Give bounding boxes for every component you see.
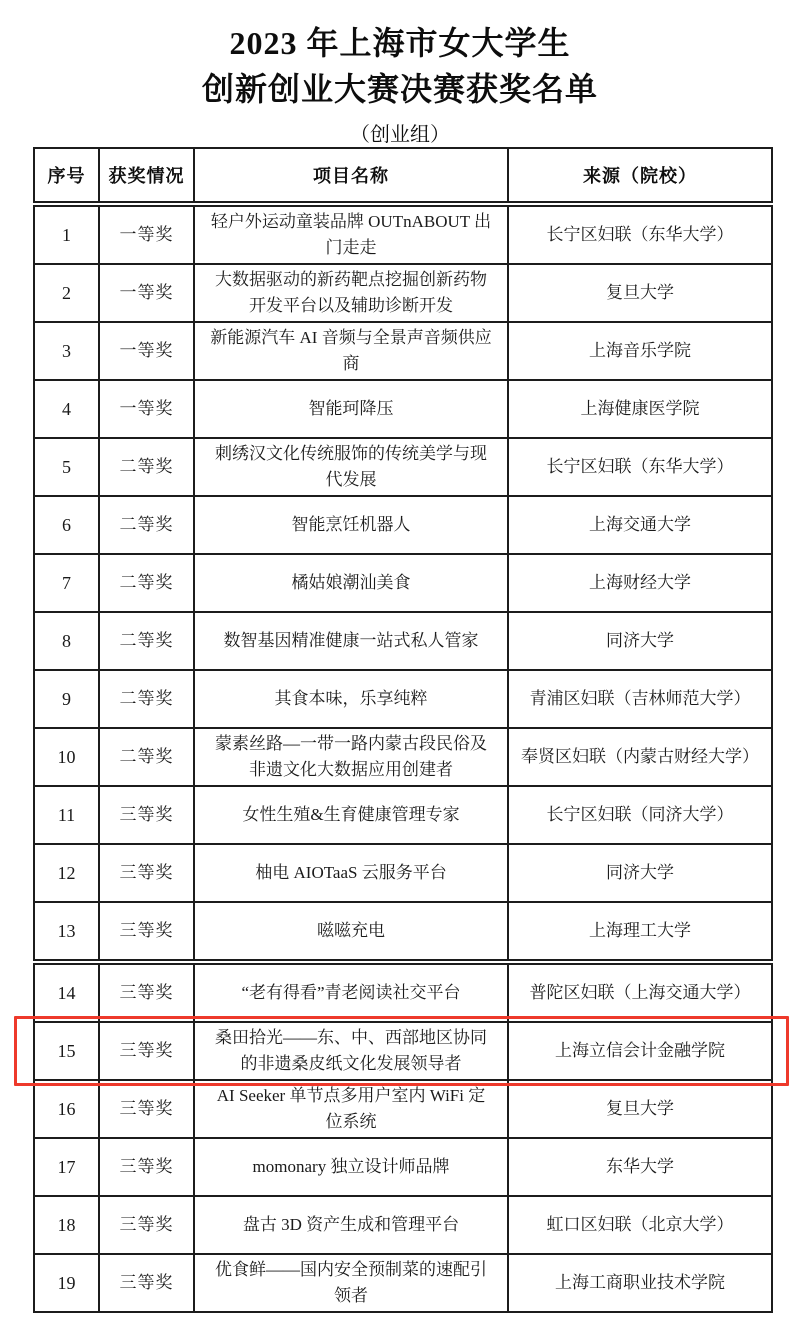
cell-award: 一等奖 bbox=[99, 322, 194, 380]
awards-table-header: 序号 获奖情况 项目名称 来源（院校） bbox=[33, 147, 773, 203]
cell-no: 16 bbox=[34, 1080, 99, 1138]
cell-project: 女性生殖&生育健康管理专家 bbox=[194, 786, 508, 844]
cell-no: 6 bbox=[34, 496, 99, 554]
cell-no: 5 bbox=[34, 438, 99, 496]
header-row: 序号 获奖情况 项目名称 来源（院校） bbox=[34, 148, 772, 202]
cell-award: 三等奖 bbox=[99, 1254, 194, 1312]
table-row: 7二等奖橘姑娘潮汕美食上海财经大学 bbox=[34, 554, 772, 612]
cell-award: 三等奖 bbox=[99, 786, 194, 844]
cell-no: 9 bbox=[34, 670, 99, 728]
cell-award: 二等奖 bbox=[99, 728, 194, 786]
cell-project: 新能源汽车 AI 音频与全景声音频供应商 bbox=[194, 322, 508, 380]
cell-award: 三等奖 bbox=[99, 1080, 194, 1138]
cell-project: 桑田拾光——东、中、西部地区协同的非遗桑皮纸文化发展领导者 bbox=[194, 1022, 508, 1080]
table-row: 18三等奖盘古 3D 资产生成和管理平台虹口区妇联（北京大学） bbox=[34, 1196, 772, 1254]
cell-no: 10 bbox=[34, 728, 99, 786]
cell-no: 8 bbox=[34, 612, 99, 670]
cell-award: 三等奖 bbox=[99, 1138, 194, 1196]
cell-project: 轻户外运动童装品牌 OUTnABOUT 出门走走 bbox=[194, 206, 508, 264]
cell-source: 奉贤区妇联（内蒙古财经大学） bbox=[508, 728, 772, 786]
cell-source: 青浦区妇联（吉林师范大学） bbox=[508, 670, 772, 728]
cell-source: 上海立信会计金融学院 bbox=[508, 1022, 772, 1080]
table-row: 10二等奖蒙素丝路—一带一路内蒙古段民俗及非遗文化大数据应用创建者奉贤区妇联（内… bbox=[34, 728, 772, 786]
table-row: 6二等奖智能烹饪机器人上海交通大学 bbox=[34, 496, 772, 554]
cell-project: 刺绣汉文化传统服饰的传统美学与现代发展 bbox=[194, 438, 508, 496]
cell-no: 14 bbox=[34, 964, 99, 1022]
table-row: 13三等奖嗞嗞充电上海理工大学 bbox=[34, 902, 772, 960]
cell-project: 智能珂降压 bbox=[194, 380, 508, 438]
cell-award: 三等奖 bbox=[99, 964, 194, 1022]
table-row: 17三等奖momonary 独立设计师品牌东华大学 bbox=[34, 1138, 772, 1196]
cell-source: 上海理工大学 bbox=[508, 902, 772, 960]
cell-award: 二等奖 bbox=[99, 438, 194, 496]
table-row: 5二等奖刺绣汉文化传统服饰的传统美学与现代发展长宁区妇联（东华大学） bbox=[34, 438, 772, 496]
cell-award: 三等奖 bbox=[99, 1196, 194, 1254]
cell-source: 同济大学 bbox=[508, 612, 772, 670]
table-row: 15三等奖桑田拾光——东、中、西部地区协同的非遗桑皮纸文化发展领导者上海立信会计… bbox=[34, 1022, 772, 1080]
table-row: 12三等奖柚电 AIOTaaS 云服务平台同济大学 bbox=[34, 844, 772, 902]
cell-no: 19 bbox=[34, 1254, 99, 1312]
table-row: 2一等奖大数据驱动的新药靶点挖掘创新药物开发平台以及辅助诊断开发复旦大学 bbox=[34, 264, 772, 322]
cell-no: 4 bbox=[34, 380, 99, 438]
page-subtitle: （创业组） bbox=[0, 120, 800, 150]
cell-source: 长宁区妇联（东华大学） bbox=[508, 438, 772, 496]
awards-table: 序号 获奖情况 项目名称 来源（院校） 1一等奖轻户外运动童装品牌 OUTnAB… bbox=[33, 147, 771, 1313]
cell-source: 虹口区妇联（北京大学） bbox=[508, 1196, 772, 1254]
document-header: 2023 年上海市女大学生 创新创业大赛决赛获奖名单 （创业组） bbox=[0, 0, 800, 150]
cell-no: 1 bbox=[34, 206, 99, 264]
cell-award: 二等奖 bbox=[99, 554, 194, 612]
table-row: 1一等奖轻户外运动童装品牌 OUTnABOUT 出门走走长宁区妇联（东华大学） bbox=[34, 206, 772, 264]
cell-source: 普陀区妇联（上海交通大学） bbox=[508, 964, 772, 1022]
cell-no: 11 bbox=[34, 786, 99, 844]
cell-no: 2 bbox=[34, 264, 99, 322]
cell-no: 18 bbox=[34, 1196, 99, 1254]
page-title-line2: 创新创业大赛决赛获奖名单 bbox=[0, 66, 800, 112]
cell-award: 三等奖 bbox=[99, 844, 194, 902]
header-source: 来源（院校） bbox=[508, 148, 772, 202]
cell-source: 上海交通大学 bbox=[508, 496, 772, 554]
table-row: 3一等奖新能源汽车 AI 音频与全景声音频供应商上海音乐学院 bbox=[34, 322, 772, 380]
table-row: 16三等奖AI Seeker 单节点多用户室内 WiFi 定位系统复旦大学 bbox=[34, 1080, 772, 1138]
cell-award: 一等奖 bbox=[99, 380, 194, 438]
cell-no: 15 bbox=[34, 1022, 99, 1080]
awards-table-page1: 1一等奖轻户外运动童装品牌 OUTnABOUT 出门走走长宁区妇联（东华大学）2… bbox=[33, 205, 773, 961]
cell-project: 智能烹饪机器人 bbox=[194, 496, 508, 554]
table-body-page1: 1一等奖轻户外运动童装品牌 OUTnABOUT 出门走走长宁区妇联（东华大学）2… bbox=[34, 206, 772, 960]
table-row: 14三等奖“老有得看”青老阅读社交平台普陀区妇联（上海交通大学） bbox=[34, 964, 772, 1022]
cell-no: 12 bbox=[34, 844, 99, 902]
cell-source: 上海音乐学院 bbox=[508, 322, 772, 380]
cell-source: 东华大学 bbox=[508, 1138, 772, 1196]
cell-award: 三等奖 bbox=[99, 902, 194, 960]
cell-award: 二等奖 bbox=[99, 612, 194, 670]
cell-project: momonary 独立设计师品牌 bbox=[194, 1138, 508, 1196]
cell-source: 同济大学 bbox=[508, 844, 772, 902]
cell-award: 三等奖 bbox=[99, 1022, 194, 1080]
table-row: 4一等奖智能珂降压上海健康医学院 bbox=[34, 380, 772, 438]
table-row: 11三等奖女性生殖&生育健康管理专家长宁区妇联（同济大学） bbox=[34, 786, 772, 844]
cell-project: 其食本味，乐享纯粹 bbox=[194, 670, 508, 728]
cell-no: 17 bbox=[34, 1138, 99, 1196]
cell-source: 复旦大学 bbox=[508, 1080, 772, 1138]
table-row: 19三等奖优食鲜——国内安全预制菜的速配引领者上海工商职业技术学院 bbox=[34, 1254, 772, 1312]
cell-source: 长宁区妇联（东华大学） bbox=[508, 206, 772, 264]
table-body-page2: 14三等奖“老有得看”青老阅读社交平台普陀区妇联（上海交通大学）15三等奖桑田拾… bbox=[34, 964, 772, 1312]
cell-source: 复旦大学 bbox=[508, 264, 772, 322]
table-row: 9二等奖其食本味，乐享纯粹青浦区妇联（吉林师范大学） bbox=[34, 670, 772, 728]
cell-source: 上海健康医学院 bbox=[508, 380, 772, 438]
awards-table-page2: 14三等奖“老有得看”青老阅读社交平台普陀区妇联（上海交通大学）15三等奖桑田拾… bbox=[33, 963, 773, 1313]
header-award: 获奖情况 bbox=[99, 148, 194, 202]
cell-no: 3 bbox=[34, 322, 99, 380]
cell-award: 一等奖 bbox=[99, 264, 194, 322]
header-project: 项目名称 bbox=[194, 148, 508, 202]
cell-award: 二等奖 bbox=[99, 670, 194, 728]
cell-award: 一等奖 bbox=[99, 206, 194, 264]
cell-source: 上海工商职业技术学院 bbox=[508, 1254, 772, 1312]
cell-award: 二等奖 bbox=[99, 496, 194, 554]
cell-no: 7 bbox=[34, 554, 99, 612]
cell-project: 大数据驱动的新药靶点挖掘创新药物开发平台以及辅助诊断开发 bbox=[194, 264, 508, 322]
header-no: 序号 bbox=[34, 148, 99, 202]
cell-project: AI Seeker 单节点多用户室内 WiFi 定位系统 bbox=[194, 1080, 508, 1138]
cell-project: 优食鲜——国内安全预制菜的速配引领者 bbox=[194, 1254, 508, 1312]
cell-project: 嗞嗞充电 bbox=[194, 902, 508, 960]
table-row: 8二等奖数智基因精准健康一站式私人管家同济大学 bbox=[34, 612, 772, 670]
cell-no: 13 bbox=[34, 902, 99, 960]
cell-project: “老有得看”青老阅读社交平台 bbox=[194, 964, 508, 1022]
cell-project: 橘姑娘潮汕美食 bbox=[194, 554, 508, 612]
cell-project: 蒙素丝路—一带一路内蒙古段民俗及非遗文化大数据应用创建者 bbox=[194, 728, 508, 786]
cell-project: 盘古 3D 资产生成和管理平台 bbox=[194, 1196, 508, 1254]
cell-source: 长宁区妇联（同济大学） bbox=[508, 786, 772, 844]
cell-project: 数智基因精准健康一站式私人管家 bbox=[194, 612, 508, 670]
cell-project: 柚电 AIOTaaS 云服务平台 bbox=[194, 844, 508, 902]
page-title-line1: 2023 年上海市女大学生 bbox=[0, 20, 800, 66]
cell-source: 上海财经大学 bbox=[508, 554, 772, 612]
